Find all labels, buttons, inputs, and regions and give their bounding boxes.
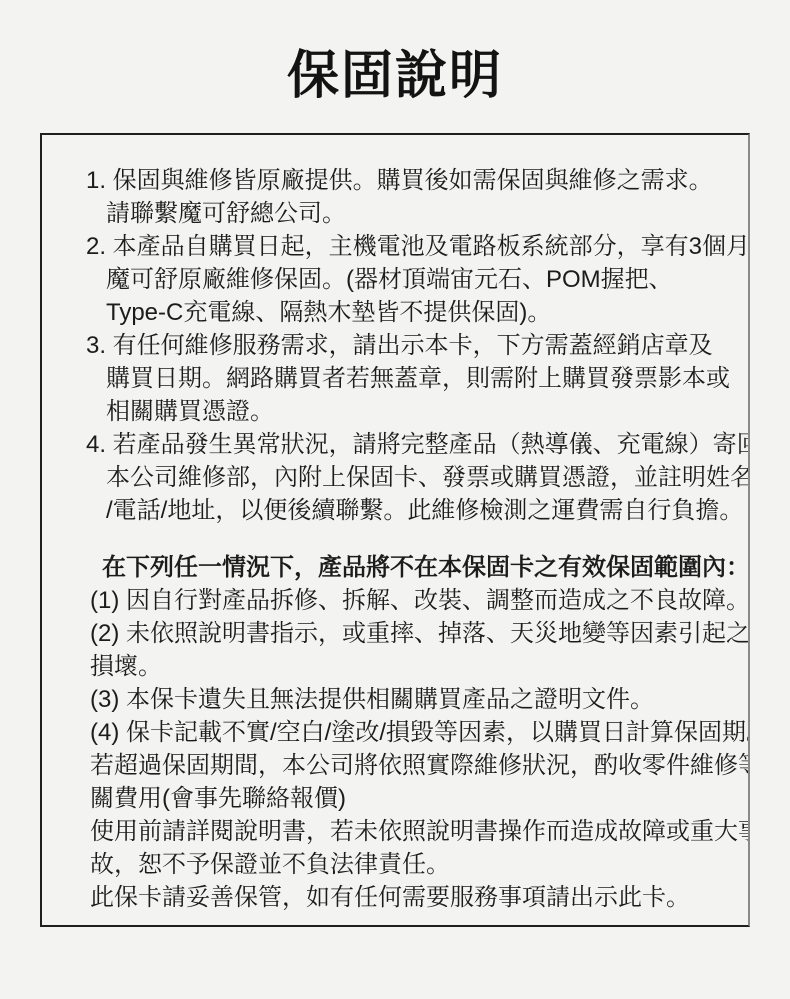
exclusion-line: 故，恕不予保證並不負法律責任。	[42, 848, 748, 881]
term-line: 1. 保固與維修皆原廠提供。購買後如需保固與維修之需求。	[42, 164, 748, 197]
term-line: 相關購買憑證。	[42, 395, 748, 428]
term-line: 2. 本產品自購買日起，主機電池及電路板系統部分，享有3個月	[42, 230, 748, 263]
exclusion-line: (2) 未依照說明書指示，或重摔、掉落、天災地變等因素引起之故障	[42, 617, 748, 650]
term-line: Type-C充電線、隔熱木墊皆不提供保固)。	[42, 296, 748, 329]
exclusion-line: (1) 因自行對產品拆修、拆解、改裝、調整而造成之不良故障。	[42, 584, 748, 617]
exclusion-line: (4) 保卡記載不實/空白/塗改/損毀等因素，以購買日計算保固期。	[42, 716, 748, 749]
exclusion-line: (3) 本保卡遺失且無法提供相關購買產品之證明文件。	[42, 683, 748, 716]
term-line: /電話/地址，以便後續聯繫。此維修檢測之運費需自行負擔。	[42, 494, 748, 527]
exclusion-line: 使用前請詳閱說明書，若未依照說明書操作而造成故障或重大事	[42, 815, 748, 848]
term-line: 3. 有任何維修服務需求，請出示本卡，下方需蓋經銷店章及	[42, 329, 748, 362]
term-line: 本公司維修部，內附上保固卡、發票或購買憑證，並註明姓名	[42, 461, 748, 494]
exclusion-line: 損壞。	[42, 650, 748, 683]
exclusion-line: 若超過保固期間，本公司將依照實際維修狀況，酌收零件維修等相	[42, 749, 748, 782]
term-line: 購買日期。網路購買者若無蓋章，則需附上購買發票影本或	[42, 362, 748, 395]
exclusion-line: 關費用(會事先聯絡報價)	[42, 782, 748, 815]
section-gap	[42, 527, 748, 551]
exclusion-line: 此保卡請妥善保管，如有任何需要服務事項請出示此卡。	[42, 881, 748, 914]
warranty-card: 1. 保固與維修皆原廠提供。購買後如需保固與維修之需求。 請聯繫魔可舒總公司。 …	[40, 133, 750, 927]
term-line: 魔可舒原廠維修保固。(器材頂端宙元石、POM握把、	[42, 263, 748, 296]
page-title: 保固說明	[0, 44, 790, 108]
term-line: 4. 若產品發生異常狀況，請將完整產品（熱導儀、充電線）寄回	[42, 428, 748, 461]
exclusions-header: 在下列任一情況下，產品將不在本保固卡之有效保固範圍內：	[42, 551, 748, 584]
term-line: 請聯繫魔可舒總公司。	[42, 197, 748, 230]
